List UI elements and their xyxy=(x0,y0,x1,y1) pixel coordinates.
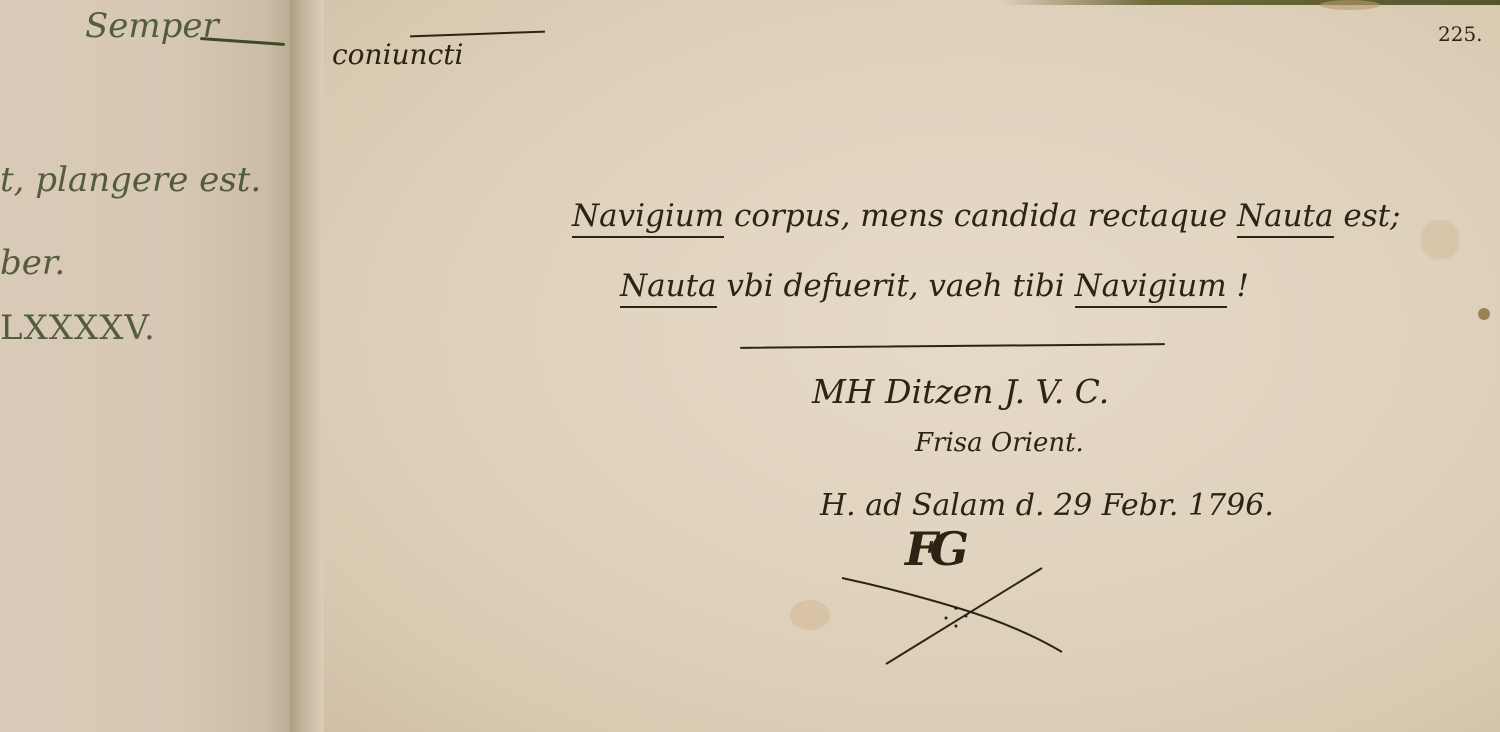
page-top-edge xyxy=(1000,0,1500,5)
verse-text: vbi defuerit, vaeh tibi xyxy=(717,268,1075,304)
underlined-word: Nauta xyxy=(620,268,717,308)
foxing-stain xyxy=(1420,220,1460,260)
left-header-word: Semper xyxy=(85,6,219,46)
page-number: 225. xyxy=(1438,22,1483,46)
left-page xyxy=(0,0,292,732)
right-header-word: coniuncti xyxy=(332,38,463,71)
underlined-word: Navigium xyxy=(572,198,724,238)
signature: MH Ditzen J. V. C. xyxy=(812,372,1109,411)
left-text-line: t, plangere est. xyxy=(0,160,261,200)
book-gutter xyxy=(290,0,326,732)
crossed-lines-flourish xyxy=(838,560,1068,670)
verse-text: ! xyxy=(1227,268,1249,304)
foxing-stain xyxy=(790,600,830,630)
verse-text: est; xyxy=(1334,198,1401,234)
verse-text: corpus, mens candida rectaque xyxy=(724,198,1237,234)
foxing-stain xyxy=(1478,308,1490,320)
underlined-word: Navigium xyxy=(1075,268,1227,308)
verse-line-1: Navigium corpus, mens candida rectaque N… xyxy=(572,198,1401,234)
left-text-line: LXXXXV. xyxy=(0,308,156,348)
verse-line-2: Nauta vbi defuerit, vaeh tibi Navigium ! xyxy=(620,268,1249,304)
origin-line: Frisa Orient. xyxy=(915,428,1084,458)
underlined-word: Nauta xyxy=(1237,198,1334,238)
left-text-line: ber. xyxy=(0,243,65,283)
foxing-stain xyxy=(1320,0,1380,10)
book-spread: Semper t, plangere est. ber. LXXXXV. con… xyxy=(0,0,1500,732)
place-date-line: H. ad Salam d. 29 Febr. 1796. xyxy=(820,488,1274,523)
